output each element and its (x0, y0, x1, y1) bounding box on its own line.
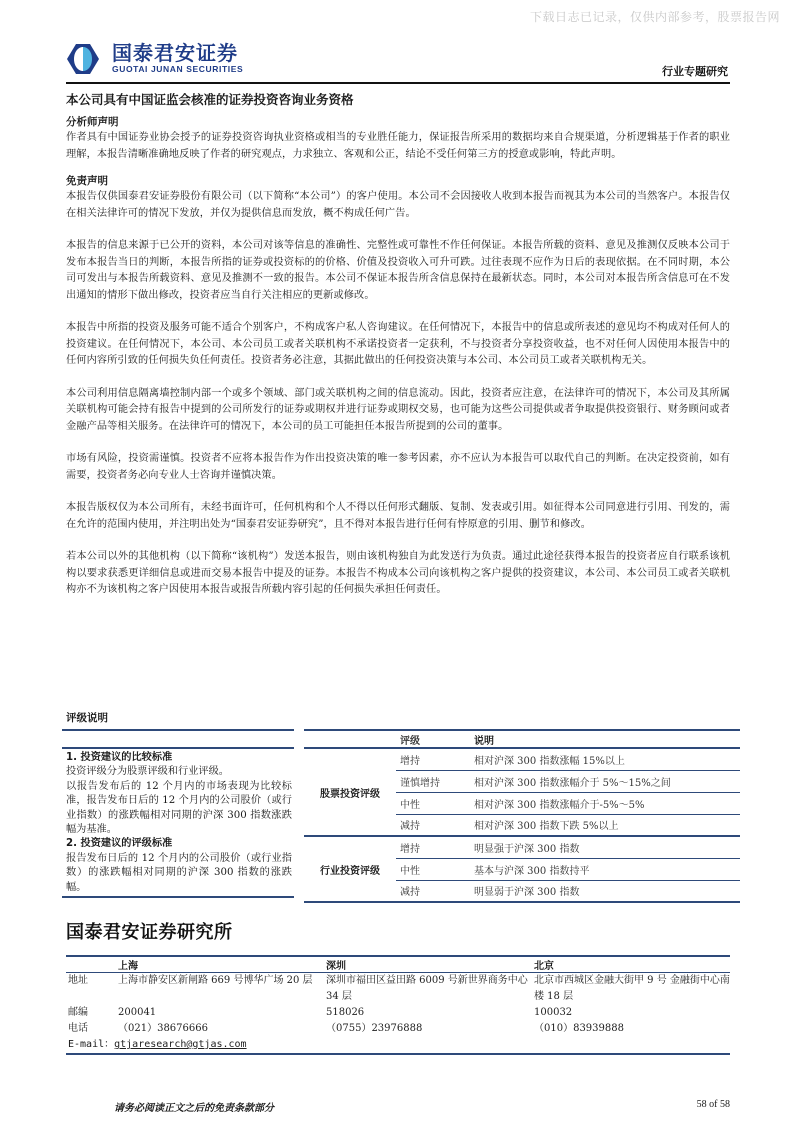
stock-rating-group: 股票投资评级 增持 相对沪深 300 指数涨幅 15%以上 谨慎增持 相对沪深 … (304, 748, 740, 836)
criteria-text-2: 报告发布日后的 12 个月内的公司股价（或行业指数）的涨跌幅相对同期的沪深 30… (66, 852, 292, 895)
header-divider (66, 82, 730, 84)
email-row: E-mail：gtjaresearch@gtjas.com (66, 1037, 730, 1053)
qualification-title: 本公司具有中国证监会核准的证券投资咨询业务资格 (66, 90, 730, 110)
analyst-statement-title: 分析师声明 (66, 114, 730, 130)
table-row: 股票投资评级 增持 相对沪深 300 指数涨幅 15%以上 (304, 748, 740, 770)
disclaimer-paragraph: 本报告的信息来源于已公开的资料，本公司对该等信息的准确性、完整性或可靠性不作任何… (66, 238, 730, 304)
disclaimer-paragraph: 若本公司以外的其他机构（以下简称“该机构”）发送本报告，则由该机构独自为此发送行… (66, 549, 730, 599)
rating-criteria-panel: 1. 投资建议的比较标准 投资评级分为股票评级和行业评级。 以报告发布后的 12… (62, 729, 294, 898)
rating-table: 评级 说明 股票投资评级 增持 相对沪深 300 指数涨幅 15%以上 谨慎增持… (304, 729, 740, 903)
address-row: 地址 上海市静安区新闸路 669 号博华广场 20 层 深圳市福田区益田路 60… (66, 973, 730, 1005)
disclaimer-title: 免责声明 (66, 173, 730, 189)
logo-chinese-name: 国泰君安证券 (112, 42, 243, 64)
disclaimer-paragraph: 本报告版权仅为本公司所有，未经书面许可，任何机构和个人不得以任何形式翻版、复制、… (66, 500, 730, 533)
analyst-statement-text: 作者具有中国证券业协会授予的证券投资咨询执业资格或相当的专业胜任能力，保证报告所… (66, 130, 730, 163)
group-label: 行业投资评级 (304, 836, 396, 902)
email-label: E-mail： (68, 1039, 114, 1050)
logo-mark-icon (66, 43, 100, 75)
city-shanghai: 上海 (118, 957, 326, 972)
institute-title: 国泰君安证券研究所 (66, 918, 233, 944)
disclaimer-paragraph: 本报告中所指的投资及服务可能不适合个别客户，不构成客户私人咨询建议。在任何情况下… (66, 320, 730, 370)
group-label: 股票投资评级 (304, 748, 396, 836)
contact-table: 上海 深圳 北京 地址 上海市静安区新闸路 669 号博华广场 20 层 深圳市… (66, 955, 730, 1055)
city-beijing: 北京 (534, 957, 730, 972)
report-type-label: 行业专题研究 (662, 63, 728, 79)
page-header: 国泰君安证券 GUOTAI JUNAN SECURITIES 行业专题研究 (66, 42, 730, 82)
watermark: 下载日志已记录，仅供内部参考，股票报告网 (530, 8, 780, 25)
rating-table-header: 评级 说明 (304, 730, 740, 748)
page-number: 58 of 58 (697, 1099, 730, 1110)
industry-rating-group: 行业投资评级 增持 明显强于沪深 300 指数 中性 基本与沪深 300 指数持… (304, 836, 740, 902)
phone-row: 电话 （021）38676666 （0755）23976888 （010）839… (66, 1021, 730, 1037)
page-footer: 请务必阅读正文之后的免责条款部分 58 of 58 (66, 1099, 730, 1115)
column-header-description: 说明 (470, 730, 740, 748)
disclaimer-paragraph: 本公司利用信息隔离墙控制内部一个或多个领域、部门或关联机构之间的信息流动。因此，… (66, 386, 730, 436)
footer-disclaimer-note: 请务必阅读正文之后的免责条款部分 (114, 1099, 274, 1114)
criteria-text-1a: 投资评级分为股票评级和行业评级。 (66, 765, 292, 779)
city-shenzhen: 深圳 (326, 957, 534, 972)
logo-english-name: GUOTAI JUNAN SECURITIES (112, 64, 243, 75)
postcode-row: 邮编 200041 518026 100032 (66, 1005, 730, 1021)
criteria-heading-1: 1. 投资建议的比较标准 (66, 751, 292, 765)
column-header-rating: 评级 (396, 730, 470, 748)
criteria-heading-2: 2. 投资建议的评级标准 (66, 837, 292, 851)
table-row: 行业投资评级 增持 明显强于沪深 300 指数 (304, 836, 740, 858)
disclaimer-paragraph: 本报告仅供国泰君安证券股份有限公司（以下简称“本公司”）的客户使用。本公司不会因… (66, 189, 730, 222)
rating-section-title: 评级说明 (66, 710, 108, 725)
disclaimer-body: 本公司具有中国证监会核准的证券投资咨询业务资格 分析师声明 作者具有中国证券业协… (66, 90, 730, 599)
disclaimer-paragraph: 市场有风险，投资需谨慎。投资者不应将本报告作为作出投资决策的唯一参考因素，亦不应… (66, 451, 730, 484)
email-link[interactable]: gtjaresearch@gtjas.com (114, 1039, 246, 1050)
company-logo: 国泰君安证券 GUOTAI JUNAN SECURITIES (66, 42, 243, 75)
contact-header: 上海 深圳 北京 (66, 957, 730, 973)
criteria-text-1b: 以报告发布后的 12 个月内的市场表现为比较标准，报告发布日后的 12 个月内的… (66, 780, 292, 838)
